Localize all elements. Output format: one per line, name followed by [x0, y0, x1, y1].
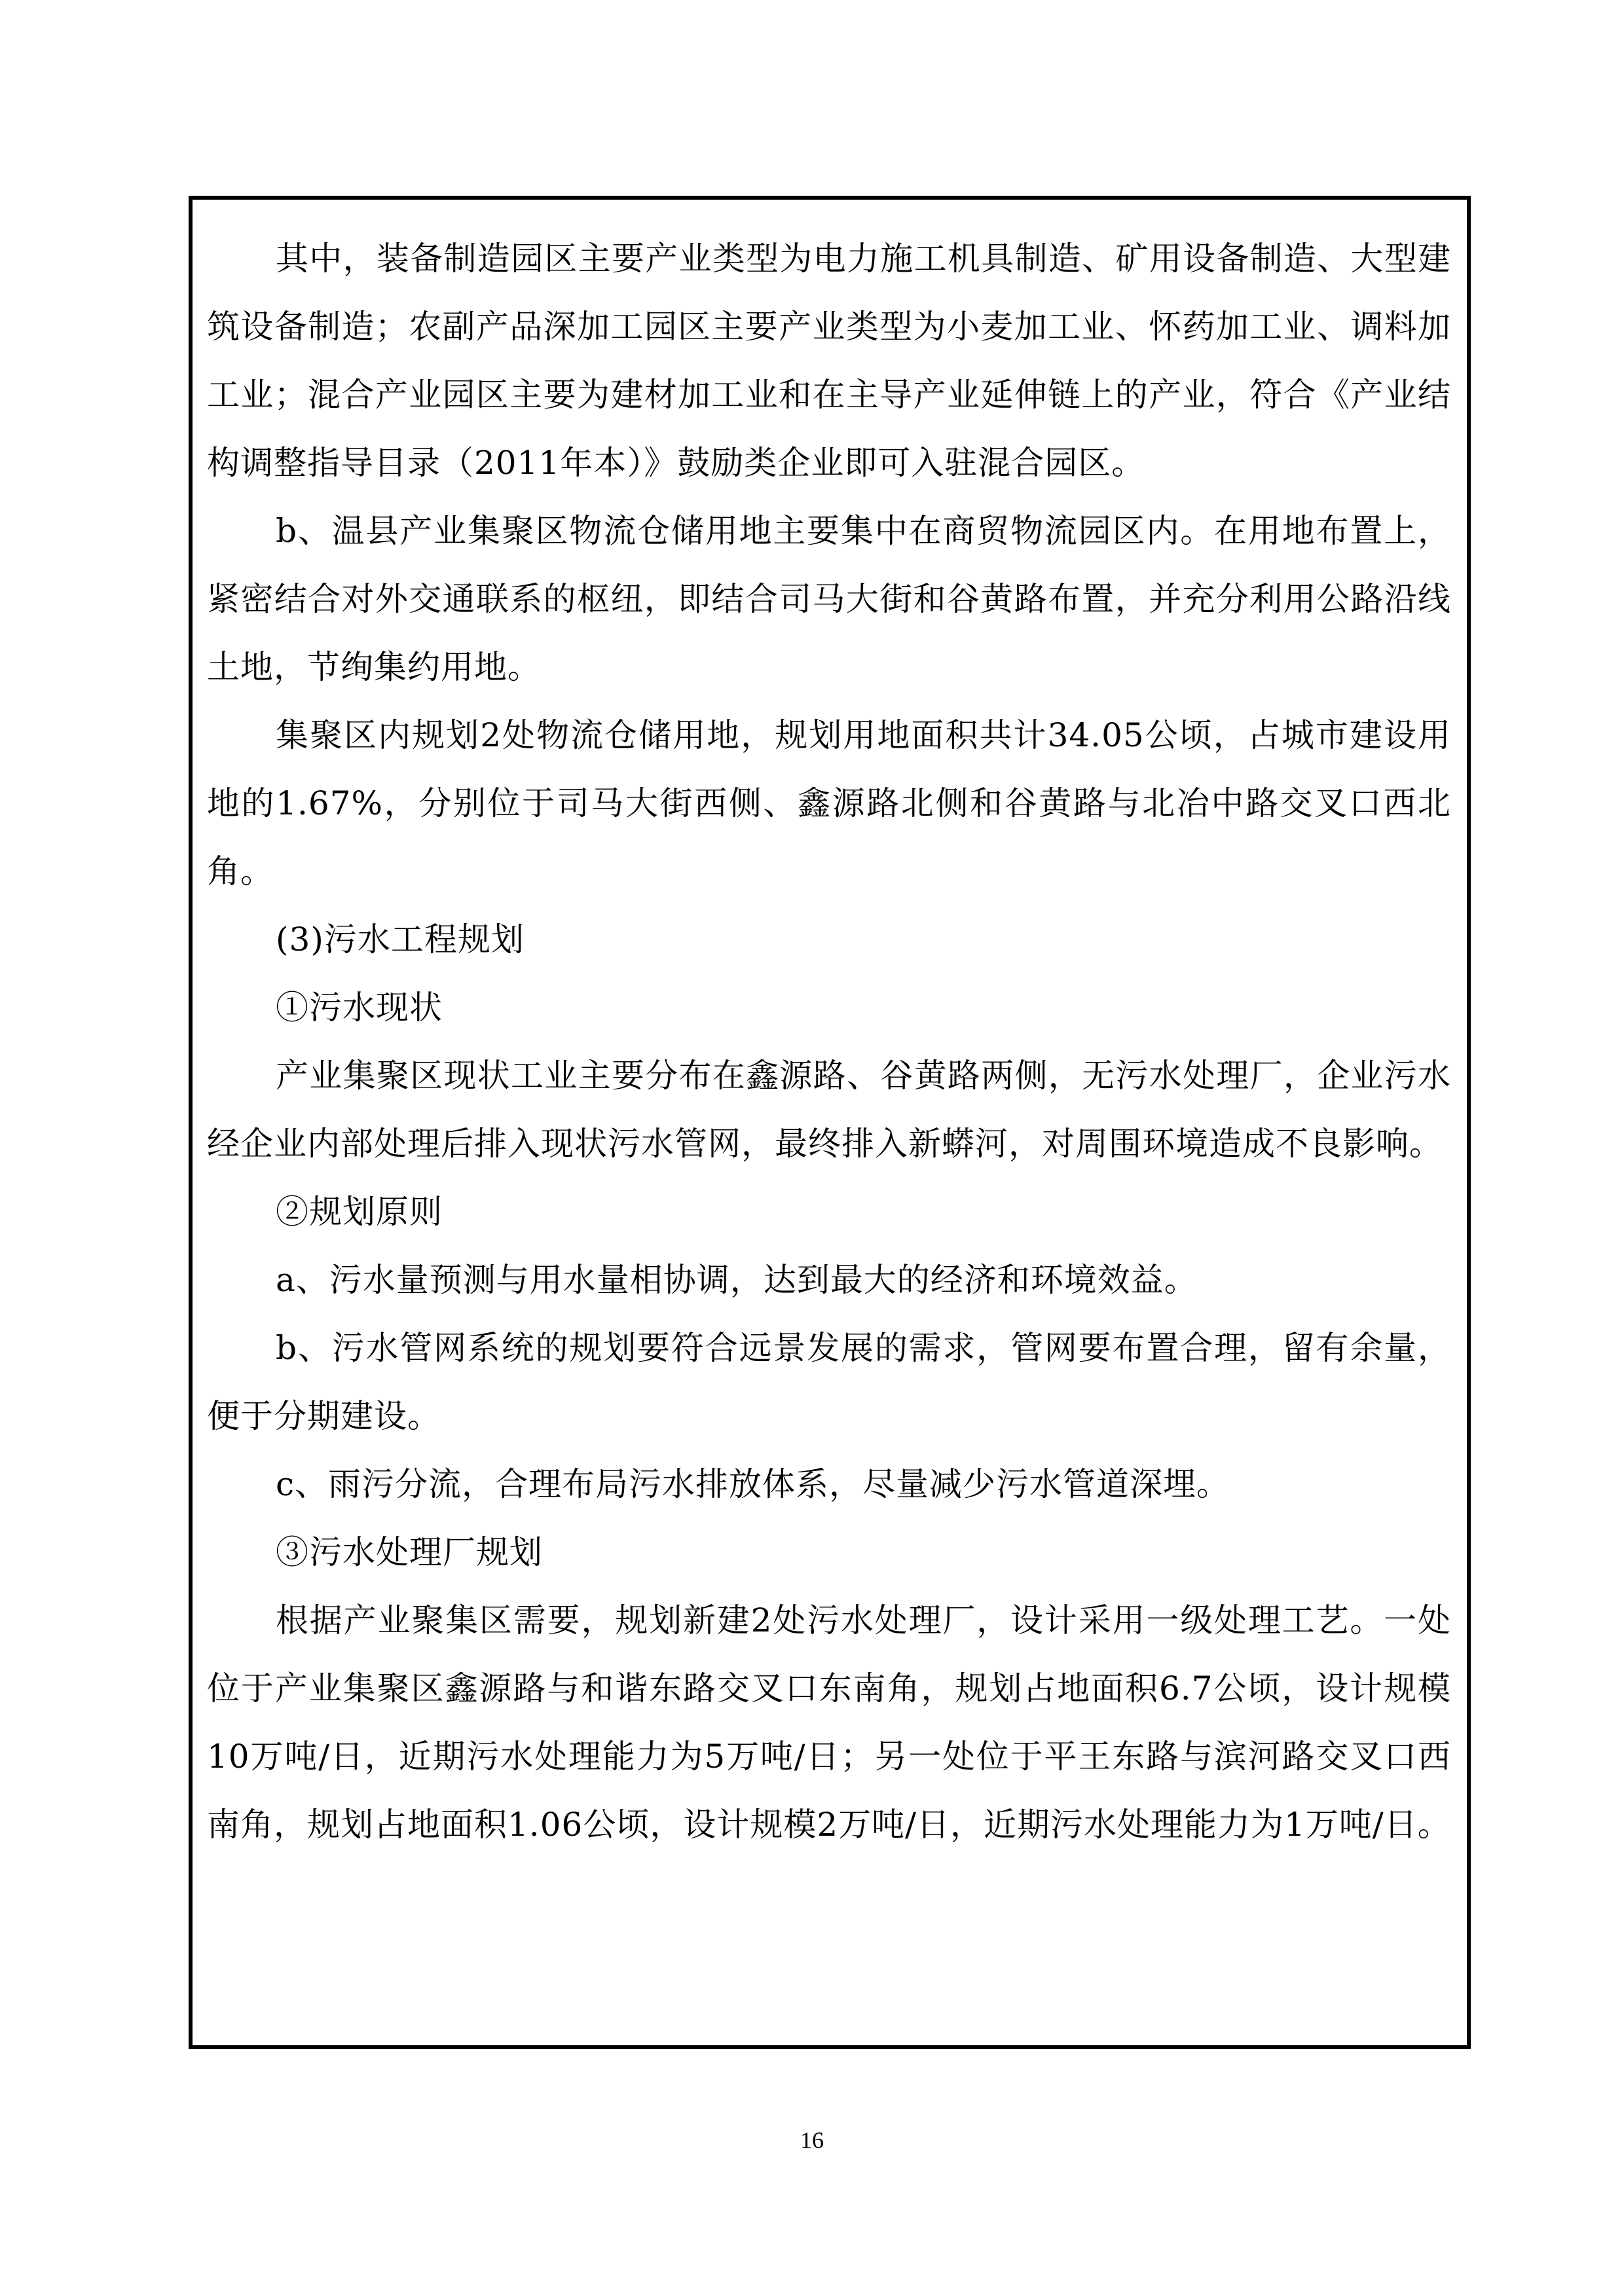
principle-c: c、雨污分流，合理布局污水排放体系，尽量减少污水管道深埋。	[207, 1450, 1451, 1518]
subheading-treatment-plant: ③污水处理厂规划	[207, 1518, 1451, 1586]
subheading-sewage-status: ①污水现状	[207, 974, 1451, 1042]
paragraph-sewage-status: 产业集聚区现状工业主要分布在鑫源路、谷黄路两侧，无污水处理厂，企业污水经企业内部…	[207, 1042, 1451, 1178]
principle-b: b、污水管网系统的规划要符合远景发展的需求，管网要布置合理，留有余量，便于分期建…	[207, 1314, 1451, 1450]
content-frame: 其中，装备制造园区主要产业类型为电力施工机具制造、矿用设备制造、大型建筑设备制造…	[189, 196, 1471, 2049]
page-number: 16	[0, 2126, 1624, 2154]
heading-sewage-planning: (3)污水工程规划	[207, 905, 1451, 974]
document-body: 其中，装备制造园区主要产业类型为电力施工机具制造、矿用设备制造、大型建筑设备制造…	[207, 225, 1451, 1859]
principle-a: a、污水量预测与用水量相协调，达到最大的经济和环境效益。	[207, 1246, 1451, 1314]
paragraph-logistics-land-area: 集聚区内规划2处物流仓储用地，规划用地面积共计34.05公顷，占城市建设用地的1…	[207, 701, 1451, 905]
paragraph-logistics-storage: b、温县产业集聚区物流仓储用地主要集中在商贸物流园区内。在用地布置上，紧密结合对…	[207, 497, 1451, 701]
subheading-planning-principles: ②规划原则	[207, 1178, 1451, 1246]
paragraph-industrial-parks: 其中，装备制造园区主要产业类型为电力施工机具制造、矿用设备制造、大型建筑设备制造…	[207, 225, 1451, 497]
paragraph-treatment-plant: 根据产业聚集区需要，规划新建2处污水处理厂，设计采用一级处理工艺。一处位于产业集…	[207, 1586, 1451, 1859]
